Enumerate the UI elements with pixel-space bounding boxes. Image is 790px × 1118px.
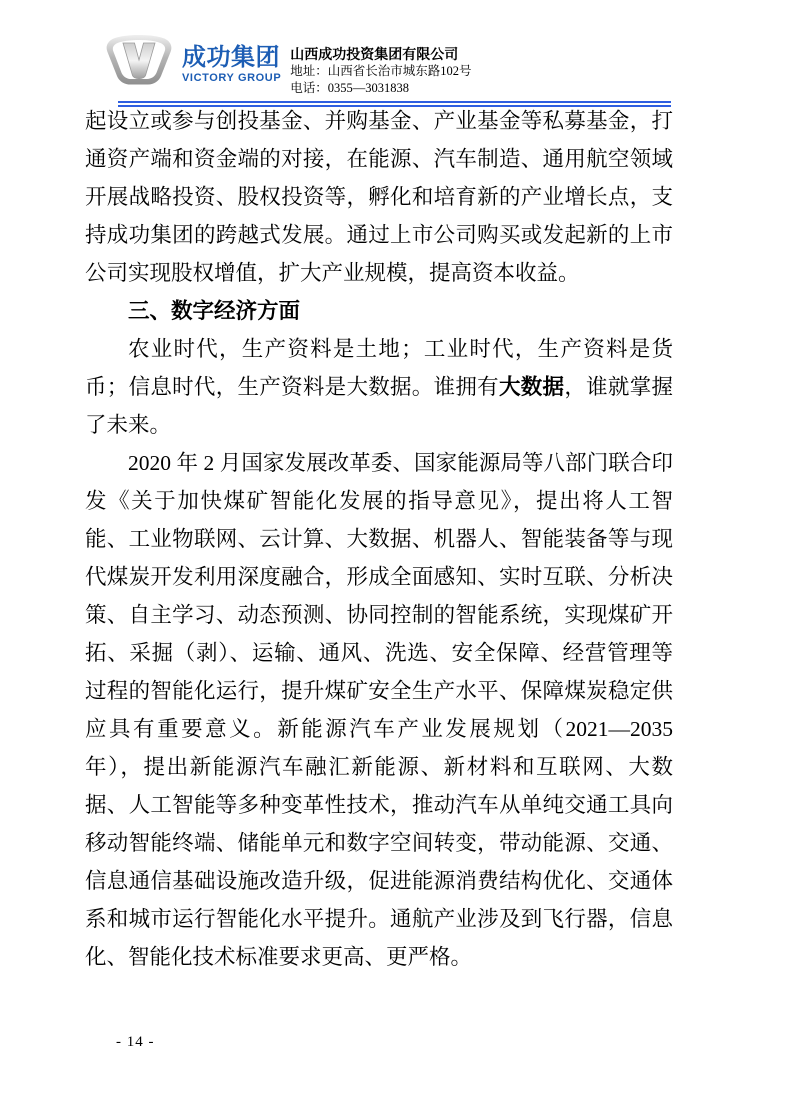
company-info-block: 山西成功投资集团有限公司 地址：山西省长治市城东路102号 电话：0355—30… (290, 34, 471, 97)
brand-block: 成功集团 VICTORY GROUP (182, 34, 281, 84)
letterhead: 成功集团 VICTORY GROUP 山西成功投资集团有限公司 地址：山西省长治… (105, 34, 472, 97)
bold-text-run: 大数据 (499, 375, 564, 399)
company-name: 山西成功投资集团有限公司 (290, 45, 471, 63)
document-page: 成功集团 VICTORY GROUP 山西成功投资集团有限公司 地址：山西省长治… (0, 0, 790, 1118)
victory-v-emblem-icon (105, 34, 173, 86)
bold-text-run: 三、数字经济方面 (128, 299, 300, 323)
document-body: 起设立或参与创投基金、并购基金、产业基金等私募基金，打通资产端和资金端的对接，在… (85, 102, 673, 976)
section-heading-digital-economy: 三、数字经济方面 (85, 292, 673, 330)
paragraph-policy-smart-coal-and-nev: 2020 年 2 月国家发展改革委、国家能源局等八部门联合印发《关于加快煤矿智能… (85, 444, 673, 976)
page-number: - 14 - (116, 1034, 155, 1051)
paragraph-production-eras: 农业时代，生产资料是土地；工业时代，生产资料是货币；信息时代，生产资料是大数据。… (85, 330, 673, 444)
text-run: 起设立或参与创投基金、并购基金、产业基金等私募基金，打通资产端和资金端的对接，在… (85, 109, 673, 285)
paragraph-capital-investment: 起设立或参与创投基金、并购基金、产业基金等私募基金，打通资产端和资金端的对接，在… (85, 102, 673, 292)
brand-name-en: VICTORY GROUP (182, 73, 281, 84)
text-run: 2020 年 2 月国家发展改革委、国家能源局等八部门联合印发《关于加快煤矿智能… (85, 451, 673, 969)
brand-name-cn: 成功集团 (182, 46, 281, 70)
company-phone: 电话：0355—3031838 (290, 80, 471, 97)
company-address: 地址：山西省长治市城东路102号 (290, 63, 471, 80)
